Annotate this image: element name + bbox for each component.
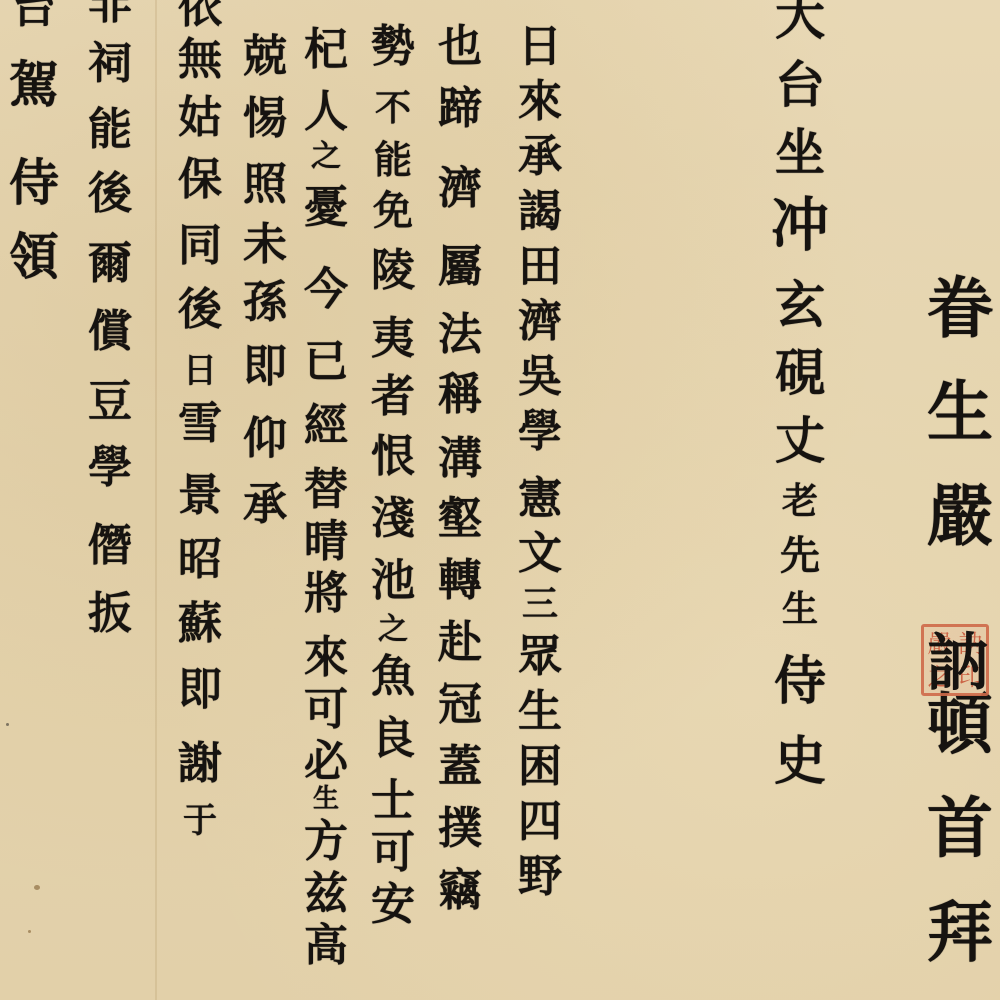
address-char: 硯 — [775, 348, 825, 416]
body-char: 士 — [371, 779, 415, 831]
body-char: 昭 — [178, 538, 222, 602]
body-char: 文 — [518, 532, 562, 587]
address-char: 丈 — [775, 416, 825, 484]
body-char: 勢 — [371, 25, 415, 91]
closing-char: 駕 — [9, 60, 59, 158]
body-char: 濟 — [518, 300, 562, 355]
body-column-1: 日 來 承 謁 田 濟 吳 學 憲 文 三 眾 生 困 四 野 — [510, 25, 570, 910]
body-char: 壑 — [438, 497, 482, 559]
body-char: 已 — [304, 340, 348, 404]
body-char: 撲 — [438, 807, 482, 869]
body-char: 生 — [313, 786, 339, 820]
signature-char: 首 — [927, 795, 993, 899]
body-char: 同 — [178, 224, 222, 288]
body-char: 今 — [304, 268, 348, 340]
body-char: 扳 — [88, 592, 132, 654]
body-char: 眾 — [518, 635, 562, 690]
closing-char: 侍 — [9, 158, 59, 232]
address-char: 侍 — [774, 656, 826, 736]
address-column: 大 台 坐 冲 玄 硯 丈 老 先 生 侍 史 — [765, 0, 835, 816]
body-char: 能 — [88, 108, 132, 172]
address-char: 先 — [780, 536, 820, 592]
body-char: 學 — [518, 410, 562, 465]
signature-char: 眷 — [927, 275, 993, 379]
body-column-5: 兢 惕 照 未 孫 即 仰 承 — [235, 35, 295, 535]
body-char: 冠 — [438, 683, 482, 745]
body-char: 依 — [178, 0, 222, 38]
address-char: 大 — [775, 0, 825, 60]
body-char: 能 — [374, 141, 412, 191]
body-char: 祠 — [88, 42, 132, 108]
body-char: 蹄 — [438, 87, 482, 167]
paper-seam — [155, 0, 157, 1000]
body-char: 後 — [88, 172, 132, 242]
body-char: 恨 — [371, 435, 415, 497]
body-column-3: 勢 不 能 免 陵 夷 者 恨 淺 池 之 魚 良 士 可 安 — [363, 25, 423, 935]
ink-speck — [6, 723, 9, 726]
body-char: 陵 — [371, 249, 415, 317]
body-char: 經 — [304, 404, 348, 468]
body-char: 來 — [518, 80, 562, 135]
body-char: 將 — [304, 572, 348, 636]
body-char: 高 — [304, 924, 348, 976]
body-char: 後 — [178, 288, 222, 354]
body-char: 承 — [518, 135, 562, 190]
body-char: 雪 — [178, 402, 222, 474]
body-char: 償 — [88, 310, 132, 380]
signature-char: 生 — [927, 379, 993, 483]
body-char: 吳 — [518, 355, 562, 410]
body-char: 溝 — [438, 437, 482, 497]
body-char: 濟 — [438, 167, 482, 245]
body-char: 謁 — [518, 190, 562, 245]
body-char: 僭 — [88, 524, 132, 592]
signature-char: 嚴 — [927, 483, 993, 587]
ink-speck — [34, 885, 40, 890]
body-char: 法 — [438, 313, 482, 373]
body-char: 無 — [178, 38, 222, 96]
body-char: 兹 — [304, 872, 348, 924]
body-char: 非 — [88, 0, 132, 42]
closing-char: 台 — [12, 0, 56, 60]
closing-char: 領 — [9, 232, 59, 302]
body-char: 兢 — [243, 35, 287, 97]
body-char: 憂 — [304, 186, 348, 268]
body-char: 淺 — [371, 497, 415, 559]
aged-paper-background — [0, 0, 1000, 1000]
body-char: 爾 — [88, 242, 132, 310]
body-char: 豆 — [88, 380, 132, 446]
body-char: 赴 — [438, 621, 482, 683]
address-char: 台 — [775, 60, 825, 128]
body-char: 承 — [243, 483, 287, 535]
body-char: 田 — [518, 245, 562, 300]
body-char: 稱 — [438, 373, 482, 437]
body-char: 謝 — [178, 742, 222, 804]
body-char: 憲 — [518, 477, 562, 532]
body-char: 三 — [522, 587, 558, 635]
address-char: 冲 — [771, 196, 829, 280]
body-char: 蓋 — [438, 745, 482, 807]
body-char: 惕 — [243, 97, 287, 163]
body-char: 杞 — [304, 28, 348, 90]
body-char: 姑 — [178, 96, 222, 158]
body-char: 日 — [183, 354, 217, 402]
body-char: 之 — [311, 142, 341, 186]
body-char: 照 — [243, 163, 287, 223]
body-char: 學 — [88, 446, 132, 516]
body-char: 蘇 — [178, 602, 222, 668]
closing-column: 台 駕 侍 領 — [2, 0, 66, 302]
body-char: 即 — [178, 668, 222, 742]
ink-speck — [28, 930, 31, 933]
body-char: 人 — [304, 90, 348, 142]
body-char: 之 — [378, 615, 408, 655]
body-char: 困 — [518, 745, 562, 800]
body-char: 晴 — [304, 520, 348, 572]
body-char: 良 — [371, 717, 415, 779]
body-column-4: 杞 人 之 憂 今 已 經 替 晴 將 來 可 必 生 方 兹 高 — [296, 28, 356, 976]
body-char: 屬 — [438, 245, 482, 313]
body-char: 夷 — [371, 317, 415, 375]
address-char: 老 — [782, 484, 818, 536]
body-char: 不 — [375, 91, 411, 141]
body-char: 替 — [304, 468, 348, 520]
body-char: 仰 — [243, 417, 287, 483]
body-char: 未 — [243, 223, 287, 281]
address-char: 坐 — [775, 128, 825, 196]
signature-char-over-seal: 訥 — [925, 630, 991, 696]
body-char: 即 — [243, 345, 287, 417]
signature-char: 拜 — [927, 899, 993, 1000]
body-char: 竊 — [438, 869, 482, 931]
body-char: 安 — [371, 883, 415, 935]
body-char: 生 — [518, 690, 562, 745]
body-char: 來 — [304, 636, 348, 688]
body-char: 景 — [178, 474, 222, 538]
body-column-6: 依 無 姑 保 同 後 日 雪 景 昭 蘇 即 謝 于 — [170, 0, 230, 852]
body-column-7: 非 祠 能 後 爾 償 豆 學 僭 扳 — [78, 0, 142, 654]
body-char: 也 — [438, 25, 482, 87]
body-char: 可 — [304, 688, 348, 740]
body-char: 者 — [371, 375, 415, 435]
body-char: 保 — [178, 158, 222, 224]
body-char: 轉 — [438, 559, 482, 621]
body-char: 孫 — [243, 281, 287, 345]
body-char: 必 — [304, 740, 348, 786]
address-char: 玄 — [775, 280, 825, 348]
body-char: 池 — [371, 559, 415, 615]
body-char: 野 — [518, 855, 562, 910]
body-column-2: 也 蹄 濟 屬 法 稱 溝 壑 轉 赴 冠 蓋 撲 竊 — [430, 25, 490, 931]
body-char: 可 — [371, 831, 415, 883]
body-char: 于 — [183, 804, 217, 852]
body-char: 日 — [518, 25, 562, 80]
signature-char: 頓 — [927, 691, 993, 795]
address-char: 史 — [774, 736, 826, 816]
body-char: 方 — [304, 820, 348, 872]
body-char: 四 — [518, 800, 562, 855]
body-char: 魚 — [371, 655, 415, 717]
body-char: 免 — [373, 191, 413, 249]
address-char: 生 — [782, 592, 818, 656]
